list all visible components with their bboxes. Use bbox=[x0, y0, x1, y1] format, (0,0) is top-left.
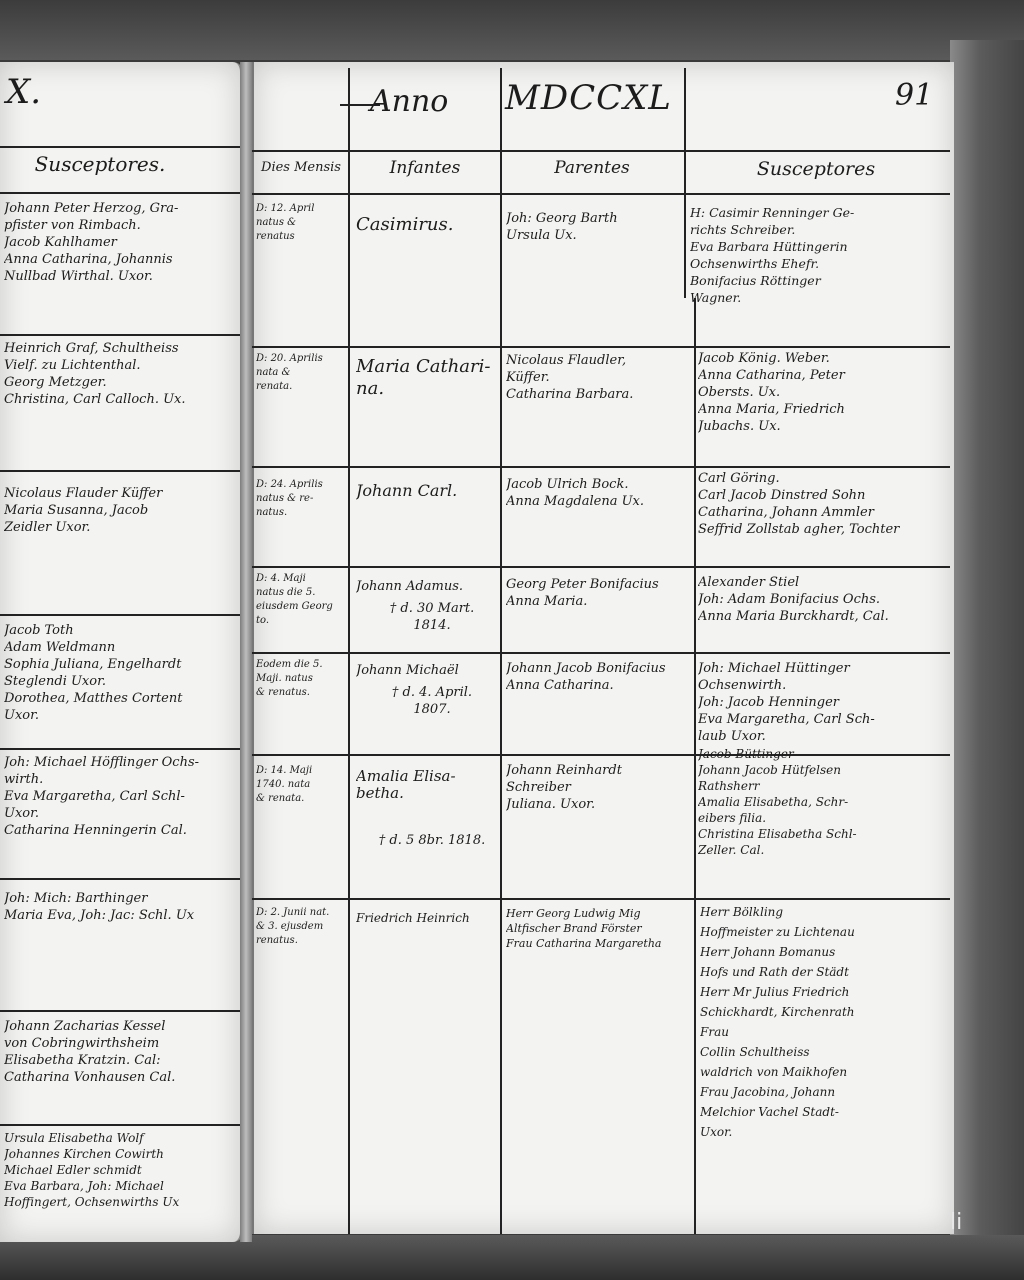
row-rule bbox=[252, 466, 950, 468]
entry-1-date: D: 12. April natus & renatus bbox=[256, 202, 346, 332]
row-rule bbox=[252, 566, 950, 568]
left-entry-7-sponsors: Johann Zacharias Kessel von Cobringwirth… bbox=[4, 1018, 236, 1108]
scan-edge-mark: li bbox=[950, 1210, 962, 1235]
entry-4-date: D: 4. Maji natus die 5. eiusdem Georg to… bbox=[256, 572, 346, 652]
left-entry-5-sponsors: Joh: Michael Höfflinger Ochs- wirth. Eva… bbox=[4, 754, 236, 864]
column-rule bbox=[684, 68, 686, 298]
entry-4-parents: Georg Peter Bonifacius Anna Maria. bbox=[506, 576, 692, 626]
left-entry-6-sponsors: Joh: Mich: Barthinger Maria Eva, Joh: Ja… bbox=[4, 890, 236, 950]
book-gutter bbox=[240, 62, 252, 1242]
entry-2-infant: Maria Cathari- na. bbox=[356, 356, 498, 436]
left-row-rule bbox=[0, 878, 240, 880]
entry-6-date: D: 14. Maji 1740. nata & renata. bbox=[256, 764, 346, 824]
row-rule bbox=[252, 898, 950, 900]
entry-3-date: D: 24. Aprilis natus & re- natus. bbox=[256, 478, 346, 558]
entry-1-sponsors: H: Casimir Renninger Ge- richts Schreibe… bbox=[690, 204, 946, 344]
entry-2-sponsors: Jacob König. Weber. Anna Catharina, Pete… bbox=[698, 350, 946, 460]
entry-4-infant: Johann Adamus. bbox=[356, 578, 498, 598]
left-row-rule bbox=[0, 334, 240, 336]
entry-1-infant: Casimirus. bbox=[356, 214, 498, 274]
column-rule bbox=[694, 298, 696, 1234]
entry-2-date: D: 20. Aprilis nata & renata. bbox=[256, 352, 346, 462]
left-row-rule bbox=[0, 614, 240, 616]
entry-4-sponsors: Alexander Stiel Joh: Adam Bonifacius Och… bbox=[698, 574, 946, 644]
entry-5-infant: Johann Michaël bbox=[356, 662, 498, 682]
column-header-date: Dies Mensis bbox=[254, 160, 348, 175]
entry-6-sponsors: Jacob Büttinger Johann Jacob Hütfelsen R… bbox=[698, 746, 946, 886]
left-row-rule bbox=[0, 470, 240, 472]
left-header-rule-top bbox=[0, 146, 240, 148]
column-rule bbox=[348, 68, 350, 1234]
heading-year: MDCCXL bbox=[505, 78, 672, 118]
entry-4-death-note: † d. 30 Mart. 1814. bbox=[370, 600, 494, 640]
left-entry-3-sponsors: Nicolaus Flauder Küffer Maria Susanna, J… bbox=[4, 485, 236, 605]
entry-3-sponsors: Carl Göring. Carl Jacob Dinstred Sohn Ca… bbox=[698, 470, 946, 560]
entry-6-infant: Amalia Elisa- betha. bbox=[356, 768, 498, 808]
row-rule bbox=[252, 346, 950, 348]
scan-border-right bbox=[950, 40, 1024, 1280]
entry-7-sponsors: Herr Bölkling Hoffmeister zu Lichtenau H… bbox=[700, 902, 946, 1182]
left-entry-4-sponsors: Jacob Toth Adam Weldmann Sophia Juliana,… bbox=[4, 622, 236, 742]
left-row-rule bbox=[0, 748, 240, 750]
left-entry-2-sponsors: Heinrich Graf, Schultheiss Vielf. zu Lic… bbox=[4, 340, 236, 460]
entry-3-parents: Jacob Ulrich Bock. Anna Magdalena Ux. bbox=[506, 476, 692, 526]
entry-7-date: D: 2. Junii nat. & 3. ejusdem renatus. bbox=[256, 906, 346, 966]
left-row-rule bbox=[0, 1010, 240, 1012]
entry-5-date: Eodem die 5. Maji. natus & renatus. bbox=[256, 658, 346, 738]
left-entry-8-sponsors: Ursula Elisabetha Wolf Johannes Kirchen … bbox=[4, 1130, 236, 1230]
left-column-header: Susceptores. bbox=[0, 152, 200, 176]
entry-2-parents: Nicolaus Flaudler, Küffer. Catharina Bar… bbox=[506, 352, 692, 432]
entry-6-parents: Johann Reinhardt Schreiber Juliana. Uxor… bbox=[506, 762, 692, 822]
header-rule-top bbox=[252, 150, 950, 152]
entry-7-infant: Friedrich Heinrich bbox=[356, 910, 498, 930]
scan-border-top bbox=[0, 0, 1024, 60]
column-header-sponsors: Susceptores bbox=[686, 158, 946, 180]
entry-5-sponsors: Joh: Michael Hüttinger Ochsenwirth. Joh:… bbox=[698, 660, 946, 750]
row-rule bbox=[252, 652, 950, 654]
entry-5-death-note: † d. 4. April. 1807. bbox=[370, 684, 494, 744]
folio-number: 91 bbox=[895, 78, 933, 113]
column-header-infants: Infantes bbox=[350, 158, 500, 178]
header-rule-bottom bbox=[252, 193, 950, 195]
left-page-corner-heading: X. bbox=[6, 72, 41, 112]
column-header-parents: Parentes bbox=[502, 158, 682, 178]
left-entry-1-sponsors: Johann Peter Herzog, Gra- pfister von Ri… bbox=[4, 200, 236, 330]
entry-3-infant: Johann Carl. bbox=[356, 482, 498, 522]
entry-7-parents: Herr Georg Ludwig Mig Altfischer Brand F… bbox=[506, 906, 692, 966]
entry-6-death-note: † d. 5 8br. 1818. bbox=[370, 832, 494, 862]
heading-anno: Anno bbox=[370, 84, 448, 119]
left-row-rule bbox=[0, 1124, 240, 1126]
entry-1-parents: Joh: Georg Barth Ursula Ux. bbox=[506, 210, 682, 290]
column-rule bbox=[500, 68, 502, 1234]
left-header-rule-bottom bbox=[0, 192, 240, 194]
entry-5-parents: Johann Jacob Bonifacius Anna Catharina. bbox=[506, 660, 692, 710]
